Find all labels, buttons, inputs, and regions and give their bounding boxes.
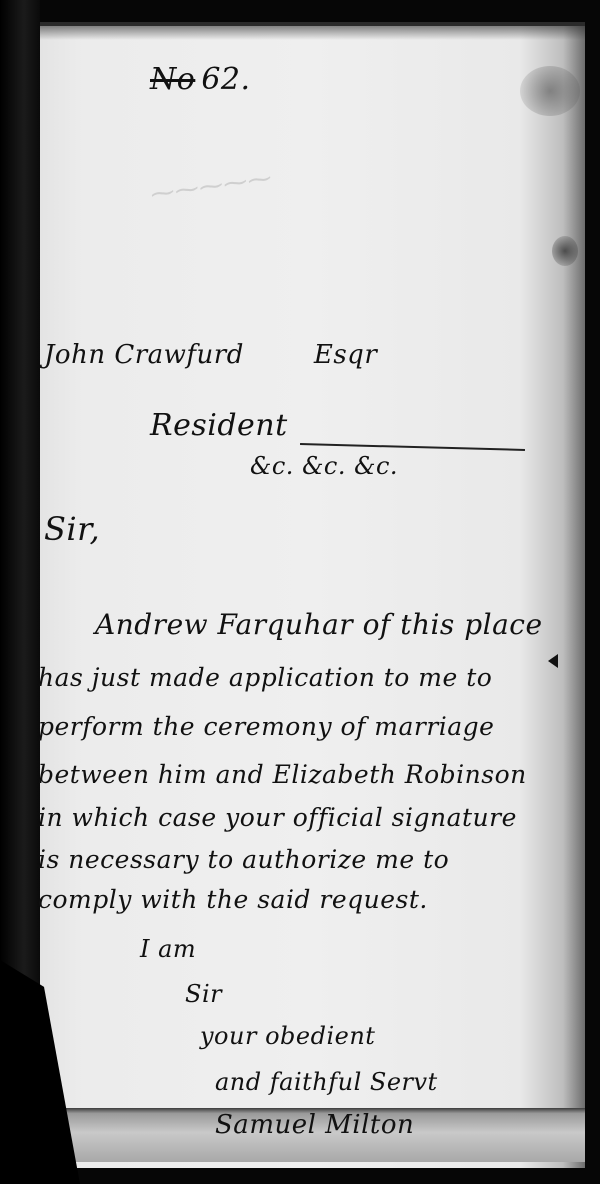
docket-number: No62. xyxy=(150,62,251,97)
docket-number-value: 62. xyxy=(201,62,250,97)
addressee-title: Resident xyxy=(150,408,288,443)
salutation: Sir, xyxy=(44,510,100,548)
body-line: is necessary to authorize me to xyxy=(38,845,449,874)
addressee-name: John Crawfurd xyxy=(44,340,244,370)
scan-frame: No62. ⁓⁓⁓⁓⁓ John CrawfurdEsqr Resident &… xyxy=(0,0,600,1184)
body-line: has just made application to me to xyxy=(38,663,492,692)
ink-stain xyxy=(552,236,578,266)
addressee-line: John CrawfurdEsqr xyxy=(44,340,377,370)
signature: Samuel Milton xyxy=(215,1110,414,1140)
letter-page xyxy=(40,22,585,1168)
addressee-suffix: Esqr xyxy=(314,340,377,370)
body-line: Andrew Farquhar of this place xyxy=(95,608,543,641)
closing-line: Sir xyxy=(185,980,222,1008)
body-line: between him and Elizabeth Robinson xyxy=(38,760,527,789)
closing-line: I am xyxy=(140,935,196,963)
addressee-etcetera: &c. &c. &c. xyxy=(250,452,398,480)
triangle-marker-icon xyxy=(548,654,558,668)
closing-line: and faithful Servt xyxy=(215,1068,438,1096)
corner-stain xyxy=(520,66,580,116)
closing-line: your obedient xyxy=(200,1022,375,1050)
docket-struck-prefix: No xyxy=(150,62,195,97)
body-line: perform the ceremony of marriage xyxy=(38,712,494,741)
body-line: comply with the said request. xyxy=(38,885,428,914)
body-line: in which case your official signature xyxy=(38,803,517,832)
